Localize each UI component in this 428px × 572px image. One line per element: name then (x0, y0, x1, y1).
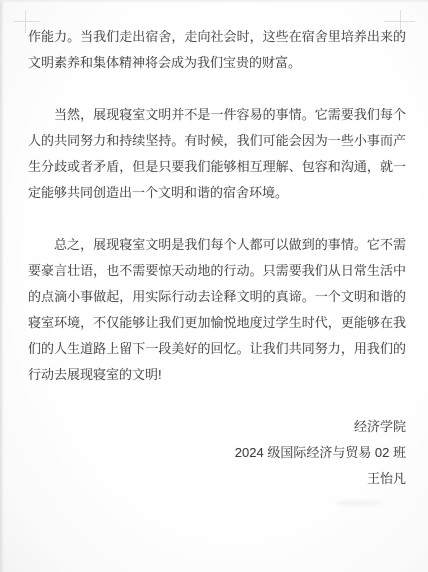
document-body: 作能力。当我们走出宿舍，走向社会时，这些在宿舍里培养出来的文明素养和集体精神将会… (28, 24, 406, 492)
guide-mark-top-left (25, 10, 26, 33)
paragraph: 当然，展现寝室文明并不是一件容易的事情。它需要我们每个人的共同努力和持续坚持。有… (28, 102, 406, 206)
guide-mark-top-left (13, 21, 40, 22)
signature-college: 经济学院 (28, 414, 406, 440)
paper-edge-left (0, 0, 4, 572)
document-page: 作能力。当我们走出宿舍，走向社会时，这些在宿舍里培养出来的文明素养和集体精神将会… (0, 0, 428, 572)
paper-smudge (335, 500, 381, 506)
signature-class: 2024 级国际经济与贸易 02 班 (28, 440, 406, 466)
paragraph-continuation: 作能力。当我们走出宿舍，走向社会时，这些在宿舍里培养出来的文明素养和集体精神将会… (28, 24, 406, 76)
paragraph: 总之，展现寝室文明是我们每个人都可以做到的事情。它不需要豪言壮语，也不需要惊天动… (28, 232, 406, 388)
paper-edge-top (0, 0, 428, 3)
signature-name: 王怡凡 (28, 466, 406, 492)
signature-block: 经济学院 2024 级国际经济与贸易 02 班 王怡凡 (28, 414, 406, 492)
